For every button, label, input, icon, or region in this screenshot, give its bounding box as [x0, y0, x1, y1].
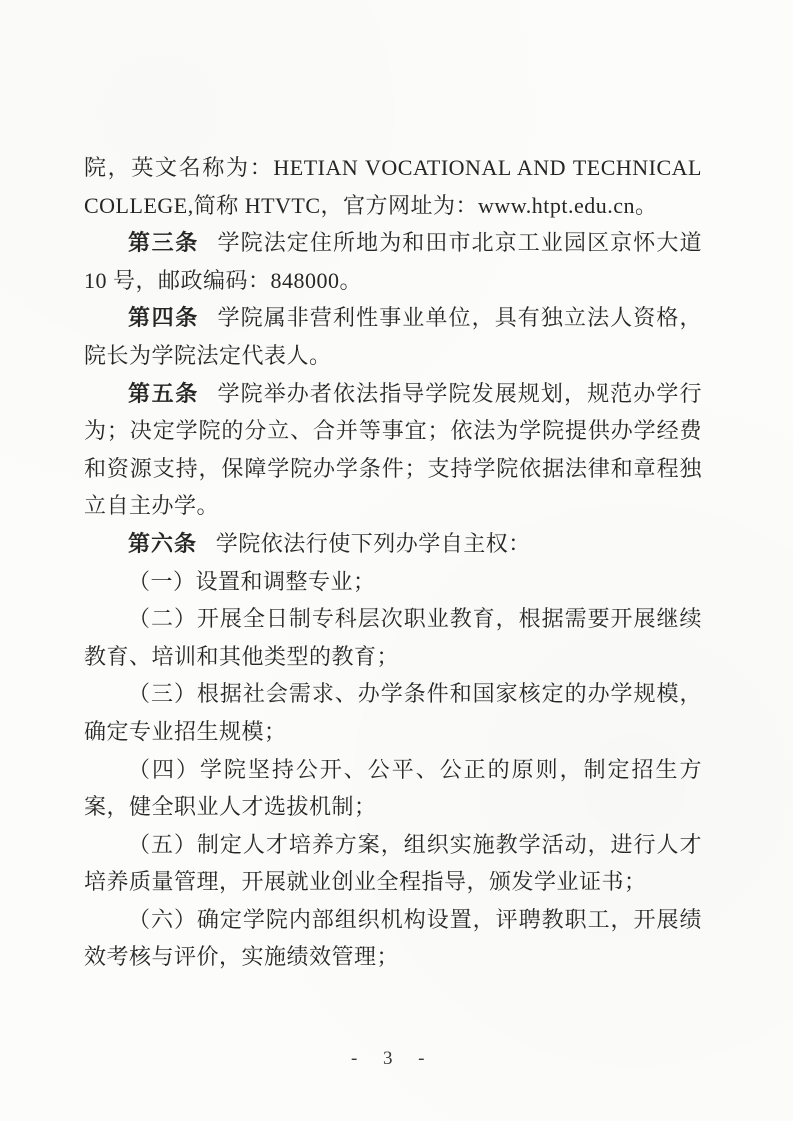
paragraph: 院，英文名称为：HETIAN VOCATIONAL AND TECHNICAL …: [84, 149, 702, 224]
paragraph: （四）学院坚持公开、公平、公正的原则，制定招生方案，健全职业人才选拔机制；: [84, 751, 702, 826]
document-page: 院，英文名称为：HETIAN VOCATIONAL AND TECHNICAL …: [0, 0, 793, 1121]
paragraph: 第五条学院举办者依法指导学院发展规划，规范办学行为；决定学院的分立、合并等事宜；…: [84, 375, 702, 525]
article-number: 第四条: [128, 305, 199, 330]
document-body: 院，英文名称为：HETIAN VOCATIONAL AND TECHNICAL …: [84, 149, 702, 976]
article-number: 第五条: [128, 381, 199, 406]
page-footer: - 3 -: [84, 1048, 702, 1070]
paragraph: （五）制定人才培养方案，组织实施教学活动，进行人才培养质量管理，开展就业创业全程…: [84, 826, 702, 901]
article-number: 第六条: [128, 531, 197, 556]
paragraph: （二）开展全日制专科层次职业教育，根据需要开展继续教育、培训和其他类型的教育；: [84, 600, 702, 675]
paragraph: 第四条学院属非营利性事业单位，具有独立法人资格，院长为学院法定代表人。: [84, 299, 702, 374]
paragraph: （六）确定学院内部组织机构设置，评聘教职工，开展绩效考核与评价，实施绩效管理；: [84, 901, 702, 976]
paragraph: （三）根据社会需求、办学条件和国家核定的办学规模，确定专业招生规模；: [84, 675, 702, 750]
page-number: - 3 -: [351, 1048, 435, 1069]
paragraph: 第六条学院依法行使下列办学自主权：: [84, 525, 702, 563]
paragraph: （一）设置和调整专业；: [84, 563, 702, 601]
article-number: 第三条: [128, 230, 199, 255]
paragraph: 第三条学院法定住所地为和田市北京工业园区京怀大道10 号，邮政编码：848000…: [84, 224, 702, 299]
